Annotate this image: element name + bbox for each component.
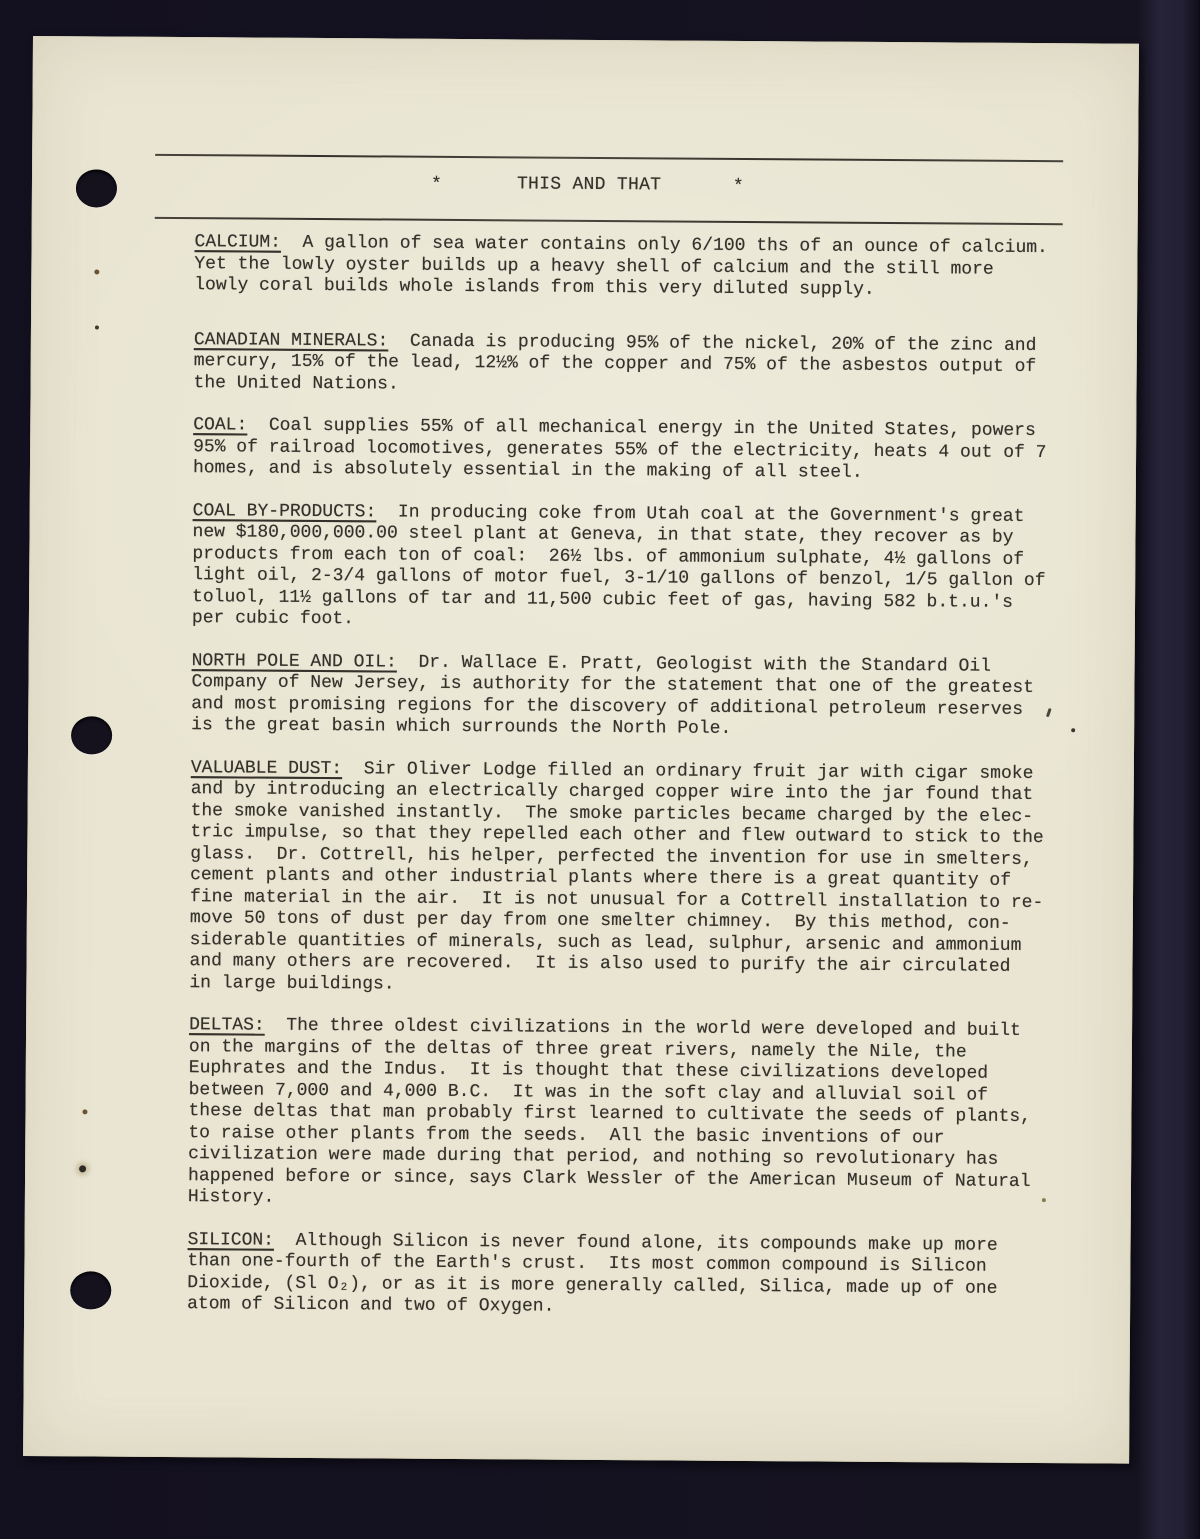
section-heading-deltas: DELTAS:: [189, 1015, 265, 1036]
section-heading-north-pole-and-oil: NORTH POLE AND OIL:: [192, 651, 397, 672]
section-calcium: CALCIUM: A gallon of sea water contains …: [194, 232, 1099, 303]
book-spine-shadow: [1138, 0, 1200, 1539]
section-text-calcium: A gallon of sea water contains only 6/10…: [194, 233, 1048, 300]
hole-punch-middle: [71, 716, 112, 754]
section-heading-calcium: CALCIUM:: [194, 232, 281, 253]
section-heading-canadian-minerals: CANADIAN MINERALS:: [194, 330, 389, 351]
page-title: THIS AND THAT: [517, 174, 661, 195]
section-heading-valuable-dust: VALUABLE DUST:: [191, 758, 342, 779]
section-canadian-minerals: CANADIAN MINERALS: Canada is producing 9…: [194, 330, 1099, 401]
hole-punch-top: [76, 169, 117, 207]
section-text-coal: Coal supplies 55% of all mechanical ener…: [193, 416, 1047, 483]
section-text-silicon: Although Silicon is never found alone, i…: [187, 1230, 998, 1316]
header-rule-top: [155, 154, 1063, 162]
scan-speck: [1042, 1198, 1046, 1202]
section-coal-by-products: COAL BY-PRODUCTS: In producing coke from…: [192, 501, 1098, 636]
section-north-pole-and-oil: NORTH POLE AND OIL: Dr. Wallace E. Pratt…: [191, 651, 1097, 743]
header-asterisk-right: *: [733, 177, 744, 197]
scan-background: * THIS AND THAT * CALCIUM: A gallon of s…: [0, 0, 1200, 1539]
section-valuable-dust: VALUABLE DUST: Sir Oliver Lodge filled a…: [189, 758, 1096, 1001]
section-heading-silicon: SILICON:: [188, 1230, 275, 1251]
scan-speck: [82, 1109, 87, 1114]
section-heading-coal-by-products: COAL BY-PRODUCTS:: [193, 501, 377, 522]
section-coal: COAL: Coal supplies 55% of all mechanica…: [193, 415, 1098, 486]
section-text-deltas: The three oldest civilizations in the wo…: [188, 1016, 1031, 1208]
hole-punch-bottom: [70, 1271, 111, 1309]
header-rule-bottom: [155, 217, 1063, 225]
header-asterisk-left: *: [431, 175, 442, 195]
section-text-valuable-dust: Sir Oliver Lodge filled an ordinary frui…: [189, 759, 1044, 994]
scan-speck: [94, 269, 99, 274]
scan-speck: [79, 1165, 86, 1172]
document-page: * THIS AND THAT * CALCIUM: A gallon of s…: [23, 36, 1139, 1464]
section-silicon: SILICON: Although Silicon is never found…: [187, 1230, 1093, 1322]
section-deltas: DELTAS: The three oldest civilizations i…: [188, 1015, 1094, 1215]
scan-speck: [95, 325, 99, 329]
page-body: CALCIUM: A gallon of sea water contains …: [187, 232, 1100, 1343]
scan-speck: [1071, 728, 1075, 732]
section-heading-coal: COAL:: [193, 415, 247, 435]
